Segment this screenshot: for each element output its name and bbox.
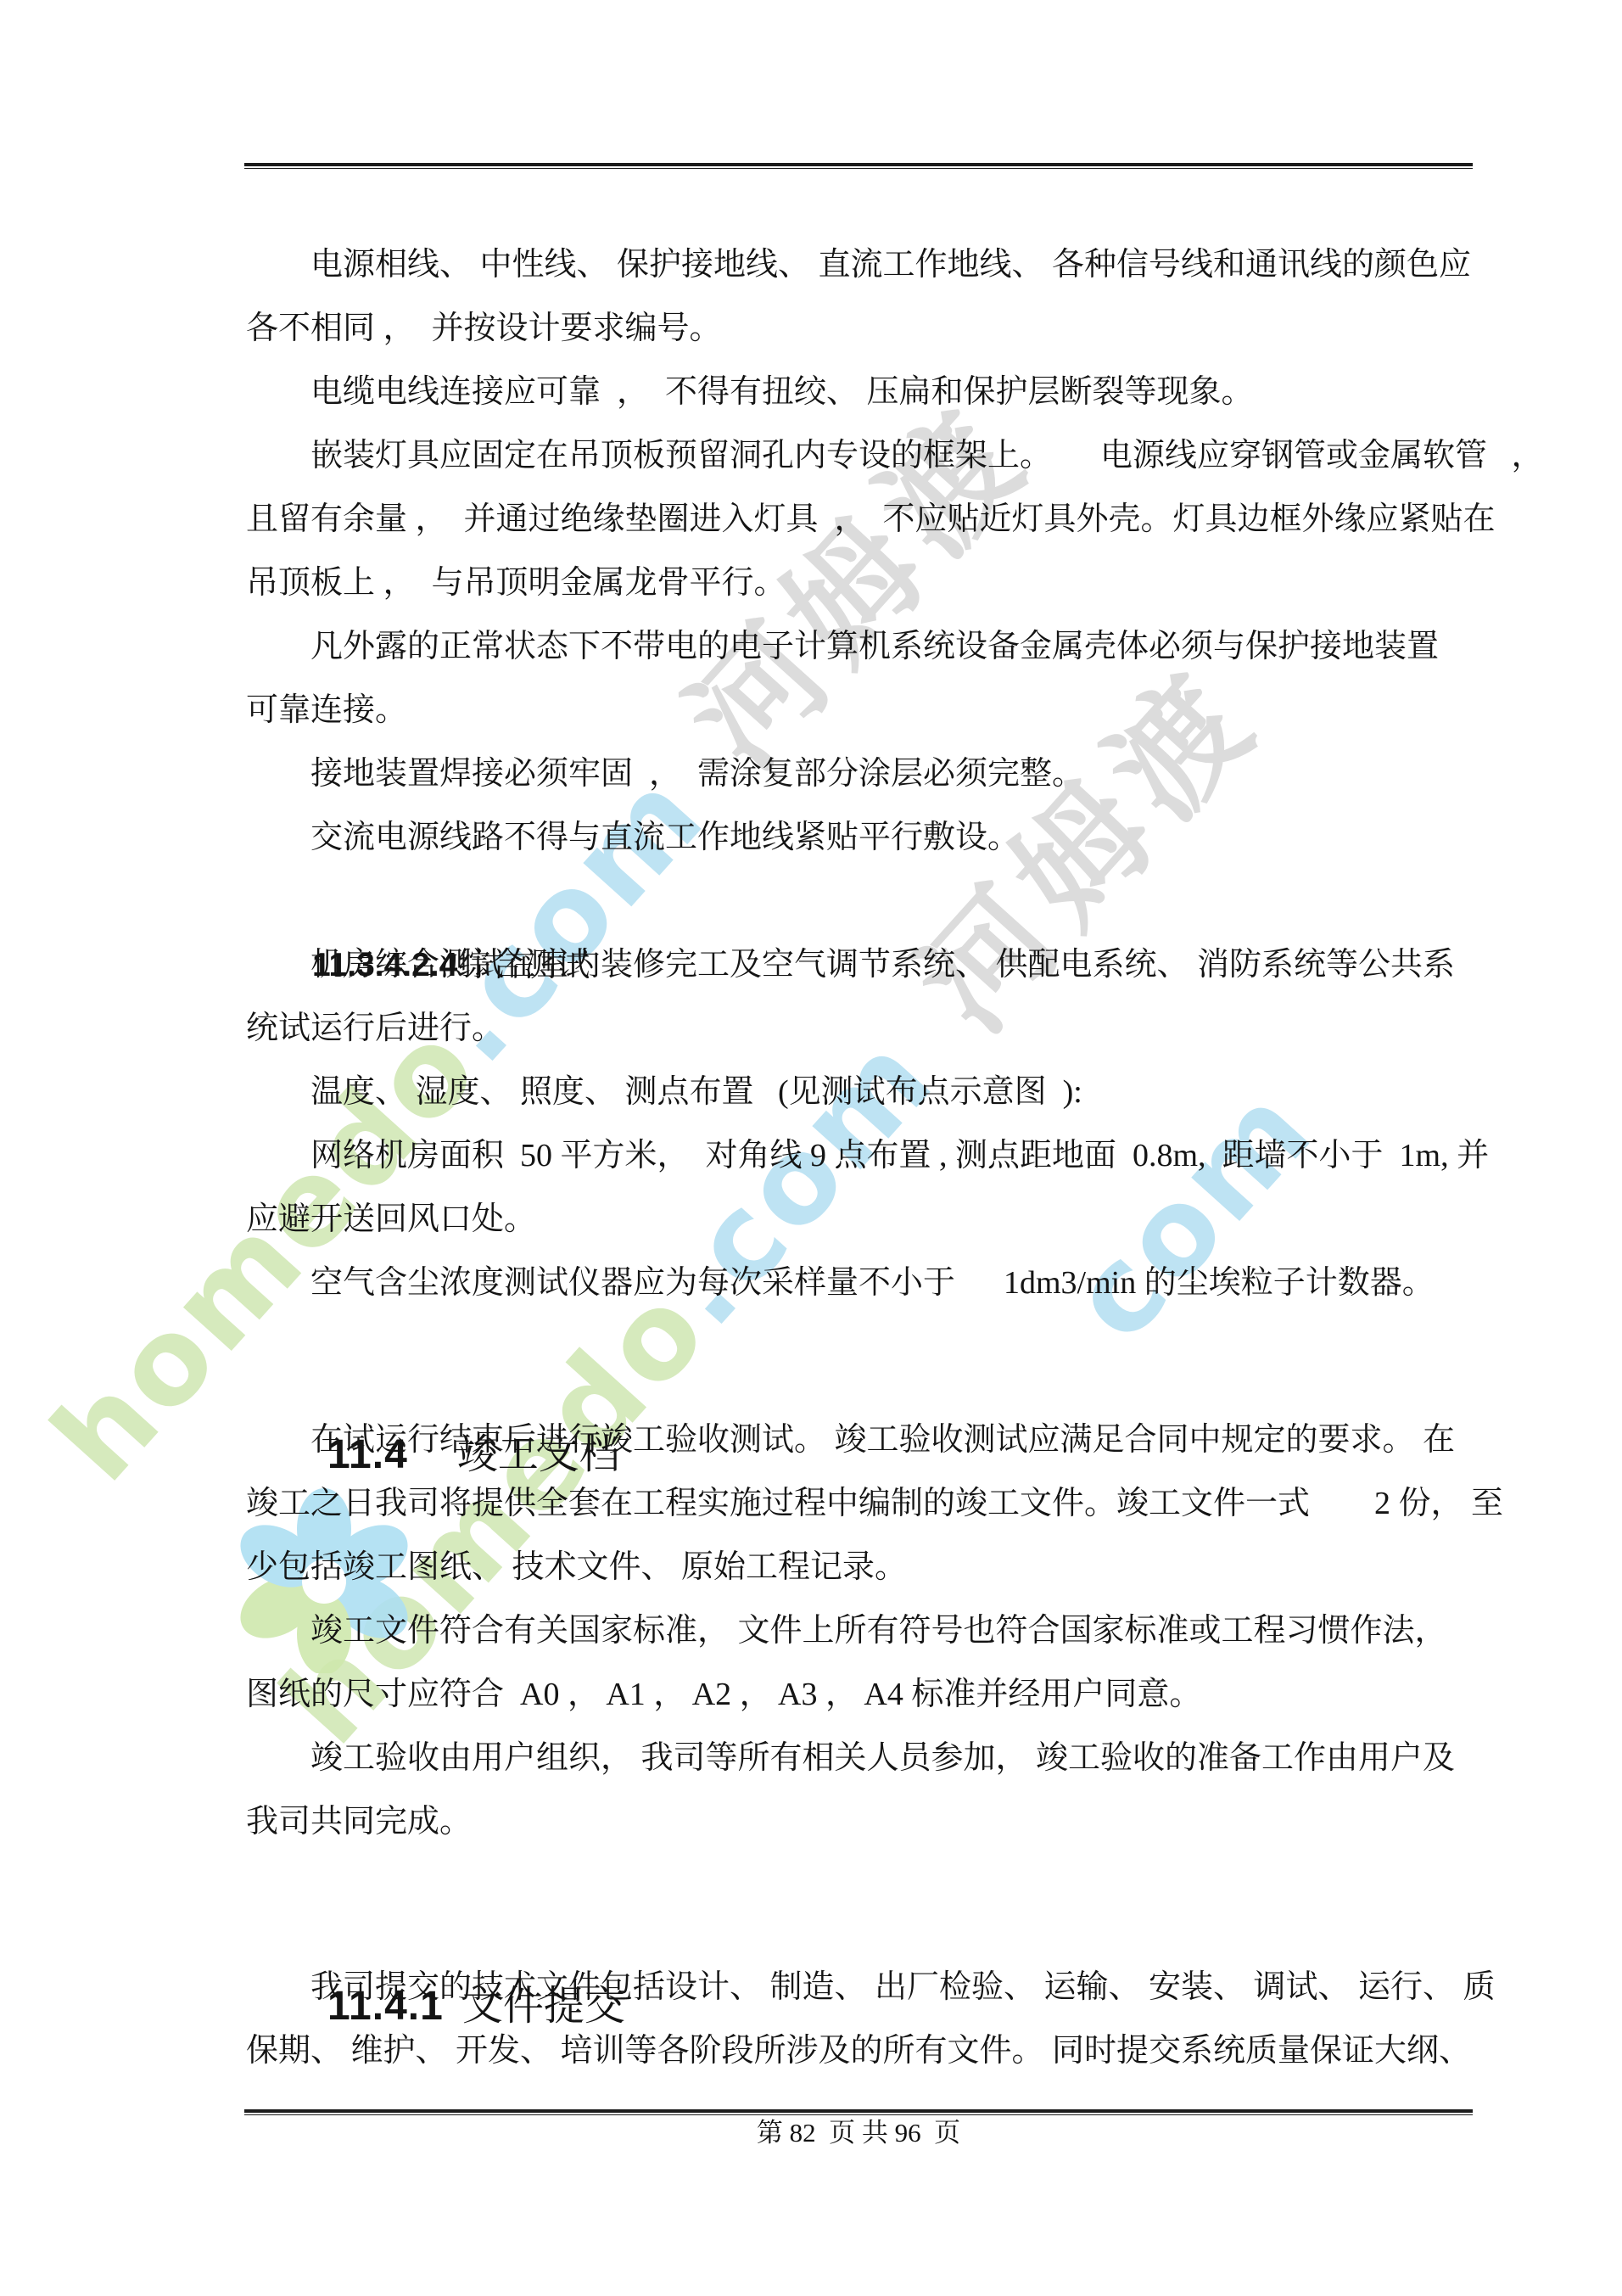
- page-number: 第 82 页 共 96 页: [244, 2114, 1473, 2152]
- text-line: 凡外露的正常状态下不带电的电子计算机系统设备金属壳体必须与保护接地装置: [246, 615, 1489, 679]
- text-line: 在试运行结束后进行竣工验收测试。 竣工验收测试应满足合同中规定的要求。 在: [246, 1408, 1489, 1472]
- document-page: homedo.com 河姆渡 homedo.com 河姆渡 com o: [0, 0, 1622, 2296]
- text-line: 图纸的尺寸应符合 A0 ， A1 ， A2 ， A3 ， A4 标准并经用户同意…: [246, 1663, 1489, 1727]
- text-line: 嵌装灯具应固定在吊顶板预留洞孔内专设的框架上。 电源线应穿钢管或金属软管 ，: [246, 424, 1489, 488]
- text-line: 机房综合测试在室内装修完工及空气调节系统、 供配电系统、 消防系统等公共系: [246, 933, 1489, 997]
- header-rule: [244, 163, 1473, 169]
- text-line: 少包括竣工图纸、 技术文件、 原始工程记录。: [246, 1536, 1489, 1599]
- text-line: 应避开送回风口处。: [246, 1188, 1489, 1252]
- section-heading-11-4: 11.4竣工文档: [246, 1315, 1489, 1408]
- text-line: 竣工验收由用户组织， 我司等所有相关人员参加， 竣工验收的准备工作由用户及: [246, 1727, 1489, 1790]
- text-line: 吊顶板上 ， 与吊顶明金属龙骨平行。: [246, 552, 1489, 615]
- text-line: 我司提交的技术文件包括设计、 制造、 出厂检验、 运输、 安装、 调试、 运行、…: [246, 1956, 1489, 2019]
- text-line: 我司共同完成。: [246, 1790, 1489, 1854]
- text-line: 竣工之日我司将提供全套在工程实施过程中编制的竣工文件。竣工文件一式 2 份， 至: [246, 1472, 1489, 1536]
- section-heading-11-4-1: 11.4.1文件提交: [246, 1854, 1489, 1956]
- text-line: 统试运行后进行。: [246, 997, 1489, 1061]
- text-line: 空气含尘浓度测试仪器应为每次采样量不小于 1dm3/min 的尘埃粒子计数器。: [246, 1252, 1489, 1315]
- text-line: 交流电源线路不得与直流工作地线紧贴平行敷设。: [246, 806, 1489, 870]
- document-content: 电源相线、 中性线、 保护接地线、 直流工作地线、 各种信号线和通讯线的颜色应 …: [0, 0, 1622, 2296]
- body-text: 电源相线、 中性线、 保护接地线、 直流工作地线、 各种信号线和通讯线的颜色应 …: [246, 233, 1489, 2083]
- text-line: 接地装置焊接必须牢固 ， 需涂复部分涂层必须完整。: [246, 742, 1489, 806]
- section-heading-11-3-4-2-4: 11.3.4.2.4综合测试: [246, 870, 1489, 933]
- text-line: 保期、 维护、 开发、 培训等各阶段所涉及的所有文件。 同时提交系统质量保证大纲…: [246, 2019, 1489, 2083]
- text-line: 竣工文件符合有关国家标准， 文件上所有符号也符合国家标准或工程习惯作法，: [246, 1599, 1489, 1663]
- text-line: 温度、 湿度、 照度、 测点布置 (见测试布点示意图 ):: [246, 1061, 1489, 1124]
- text-line: 各不相同 ， 并按设计要求编号。: [246, 297, 1489, 361]
- text-line: 电源相线、 中性线、 保护接地线、 直流工作地线、 各种信号线和通讯线的颜色应: [246, 233, 1489, 297]
- text-line: 电缆电线连接应可靠 ， 不得有扭绞、 压扁和保护层断裂等现象。: [246, 361, 1489, 424]
- text-line: 且留有余量 ， 并通过绝缘垫圈进入灯具 ， 不应贴近灯具外壳。灯具边框外缘应紧贴…: [246, 488, 1489, 552]
- text-line: 可靠连接。: [246, 679, 1489, 742]
- text-line: 网络机房面积 50 平方米， 对角线 9 点布置 , 测点距地面 0.8m, 距…: [246, 1124, 1489, 1188]
